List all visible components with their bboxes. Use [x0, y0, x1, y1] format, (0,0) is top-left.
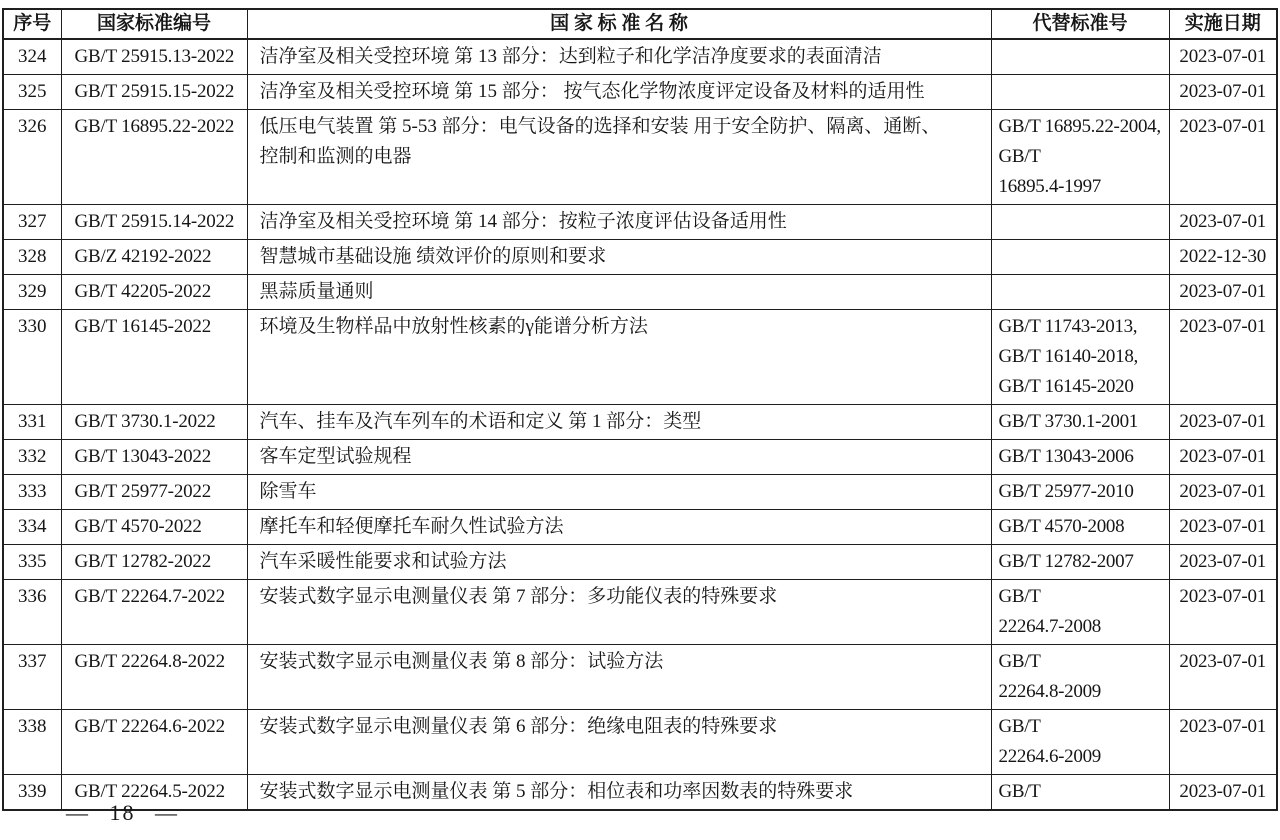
cell-code: GB/T 4570-2022: [61, 510, 247, 545]
substitute-line: GB/T: [999, 712, 1169, 742]
cell-name: 安装式数字显示电测量仪表 第 6 部分：绝缘电阻表的特殊要求: [247, 710, 991, 775]
table-row: 328 GB/Z 42192-2022 智慧城市基础设施 绩效评价的原则和要求 …: [3, 240, 1277, 275]
substitute-line: GB/T 16140-2018,: [999, 342, 1169, 372]
cell-substitute: GB/T22264.6-2009: [991, 710, 1169, 775]
cell-seq: 329: [3, 275, 61, 310]
cell-substitute: [991, 240, 1169, 275]
cell-name: 安装式数字显示电测量仪表 第 7 部分：多功能仪表的特殊要求: [247, 580, 991, 645]
cell-substitute: [991, 75, 1169, 110]
cell-code: GB/T 25915.13-2022: [61, 39, 247, 75]
substitute-line: GB/T 12782-2007: [999, 547, 1169, 577]
cell-date: 2023-07-01: [1169, 75, 1277, 110]
cell-date: 2023-07-01: [1169, 645, 1277, 710]
cell-name: 摩托车和轻便摩托车耐久性试验方法: [247, 510, 991, 545]
table-body: 324 GB/T 25915.13-2022 洁净室及相关受控环境 第 13 部…: [3, 39, 1277, 810]
substitute-line: GB/T: [999, 647, 1169, 677]
cell-name: 洁净室及相关受控环境 第 13 部分：达到粒子和化学洁净度要求的表面清洁: [247, 39, 991, 75]
cell-code: GB/T 16895.22-2022: [61, 110, 247, 205]
cell-name: 汽车采暖性能要求和试验方法: [247, 545, 991, 580]
cell-substitute: GB/T22264.8-2009: [991, 645, 1169, 710]
cell-name: 黑蒜质量通则: [247, 275, 991, 310]
substitute-line: 22264.7-2008: [999, 612, 1169, 642]
substitute-line: GB/T 4570-2008: [999, 512, 1169, 542]
cell-code: GB/T 22264.6-2022: [61, 710, 247, 775]
table-row: 325 GB/T 25915.15-2022 洁净室及相关受控环境 第 15 部…: [3, 75, 1277, 110]
cell-date: 2023-07-01: [1169, 310, 1277, 405]
table-row: 333 GB/T 25977-2022 除雪车 GB/T 25977-2010 …: [3, 475, 1277, 510]
cell-seq: 335: [3, 545, 61, 580]
cell-name: 低压电气装置 第 5-53 部分：电气设备的选择和安装 用于安全防护、隔离、通断…: [247, 110, 991, 205]
document-page: 序号 国家标准编号 国 家 标 准 名 称 代替标准号 实施日期 324 GB/…: [0, 0, 1280, 840]
col-header-substitute: 代替标准号: [991, 9, 1169, 39]
table-row: 331 GB/T 3730.1-2022 汽车、挂车及汽车列车的术语和定义 第 …: [3, 405, 1277, 440]
cell-date: 2023-07-01: [1169, 405, 1277, 440]
cell-date: 2023-07-01: [1169, 275, 1277, 310]
col-header-code: 国家标准编号: [61, 9, 247, 39]
substitute-line: 16895.4-1997: [999, 172, 1169, 202]
substitute-line: GB/T 16895.22-2004,: [999, 112, 1169, 142]
table-row: 338 GB/T 22264.6-2022 安装式数字显示电测量仪表 第 6 部…: [3, 710, 1277, 775]
standards-table: 序号 国家标准编号 国 家 标 准 名 称 代替标准号 实施日期 324 GB/…: [2, 8, 1278, 811]
substitute-line: GB/T 13043-2006: [999, 442, 1169, 472]
cell-name: 洁净室及相关受控环境 第 14 部分：按粒子浓度评估设备适用性: [247, 205, 991, 240]
cell-substitute: [991, 275, 1169, 310]
cell-date: 2023-07-01: [1169, 775, 1277, 811]
cell-substitute: GB/T 12782-2007: [991, 545, 1169, 580]
table-header: 序号 国家标准编号 国 家 标 准 名 称 代替标准号 实施日期: [3, 9, 1277, 39]
cell-code: GB/T 3730.1-2022: [61, 405, 247, 440]
cell-code: GB/T 22264.7-2022: [61, 580, 247, 645]
cell-name: 环境及生物样品中放射性核素的γ能谱分析方法: [247, 310, 991, 405]
cell-code: GB/T 13043-2022: [61, 440, 247, 475]
cell-date: 2023-07-01: [1169, 440, 1277, 475]
cell-seq: 330: [3, 310, 61, 405]
header-row: 序号 国家标准编号 国 家 标 准 名 称 代替标准号 实施日期: [3, 9, 1277, 39]
cell-seq: 332: [3, 440, 61, 475]
cell-substitute: GB/T 3730.1-2001: [991, 405, 1169, 440]
cell-code: GB/T 12782-2022: [61, 545, 247, 580]
substitute-line: GB/T 3730.1-2001: [999, 407, 1169, 437]
cell-name: 智慧城市基础设施 绩效评价的原则和要求: [247, 240, 991, 275]
cell-seq: 339: [3, 775, 61, 811]
cell-code: GB/T 25915.15-2022: [61, 75, 247, 110]
cell-date: 2022-12-30: [1169, 240, 1277, 275]
cell-substitute: GB/T: [991, 775, 1169, 811]
cell-seq: 333: [3, 475, 61, 510]
table-row: 330 GB/T 16145-2022 环境及生物样品中放射性核素的γ能谱分析方…: [3, 310, 1277, 405]
table-row: 336 GB/T 22264.7-2022 安装式数字显示电测量仪表 第 7 部…: [3, 580, 1277, 645]
cell-code: GB/T 22264.8-2022: [61, 645, 247, 710]
substitute-line: GB/T 11743-2013,: [999, 312, 1169, 342]
cell-substitute: [991, 205, 1169, 240]
cell-seq: 327: [3, 205, 61, 240]
cell-name: 除雪车: [247, 475, 991, 510]
cell-code: GB/T 42205-2022: [61, 275, 247, 310]
cell-seq: 325: [3, 75, 61, 110]
table-row: 337 GB/T 22264.8-2022 安装式数字显示电测量仪表 第 8 部…: [3, 645, 1277, 710]
cell-date: 2023-07-01: [1169, 39, 1277, 75]
cell-date: 2023-07-01: [1169, 580, 1277, 645]
col-header-name: 国 家 标 准 名 称: [247, 9, 991, 39]
cell-seq: 331: [3, 405, 61, 440]
substitute-line: GB/T: [999, 142, 1169, 172]
cell-substitute: [991, 39, 1169, 75]
cell-substitute: GB/T 13043-2006: [991, 440, 1169, 475]
col-header-seq: 序号: [3, 9, 61, 39]
cell-name: 安装式数字显示电测量仪表 第 8 部分：试验方法: [247, 645, 991, 710]
cell-code: GB/T 16145-2022: [61, 310, 247, 405]
table-row: 332 GB/T 13043-2022 客车定型试验规程 GB/T 13043-…: [3, 440, 1277, 475]
substitute-line: 22264.6-2009: [999, 742, 1169, 772]
cell-name: 客车定型试验规程: [247, 440, 991, 475]
substitute-line: GB/T 25977-2010: [999, 477, 1169, 507]
table-row: 335 GB/T 12782-2022 汽车采暖性能要求和试验方法 GB/T 1…: [3, 545, 1277, 580]
substitute-line: GB/T: [999, 582, 1169, 612]
cell-seq: 337: [3, 645, 61, 710]
substitute-line: GB/T: [999, 777, 1169, 807]
cell-name: 洁净室及相关受控环境 第 15 部分： 按气态化学物浓度评定设备及材料的适用性: [247, 75, 991, 110]
cell-name: 安装式数字显示电测量仪表 第 5 部分：相位表和功率因数表的特殊要求: [247, 775, 991, 811]
cell-substitute: GB/T 25977-2010: [991, 475, 1169, 510]
cell-code: GB/T 25977-2022: [61, 475, 247, 510]
cell-date: 2023-07-01: [1169, 545, 1277, 580]
table-row: 326 GB/T 16895.22-2022 低压电气装置 第 5-53 部分：…: [3, 110, 1277, 205]
table-row: 334 GB/T 4570-2022 摩托车和轻便摩托车耐久性试验方法 GB/T…: [3, 510, 1277, 545]
col-header-date: 实施日期: [1169, 9, 1277, 39]
cell-seq: 326: [3, 110, 61, 205]
table-row: 324 GB/T 25915.13-2022 洁净室及相关受控环境 第 13 部…: [3, 39, 1277, 75]
cell-date: 2023-07-01: [1169, 710, 1277, 775]
cell-substitute: GB/T 11743-2013,GB/T 16140-2018,GB/T 161…: [991, 310, 1169, 405]
cell-substitute: GB/T 16895.22-2004,GB/T16895.4-1997: [991, 110, 1169, 205]
table-row: 339 GB/T 22264.5-2022 安装式数字显示电测量仪表 第 5 部…: [3, 775, 1277, 811]
table-row: 327 GB/T 25915.14-2022 洁净室及相关受控环境 第 14 部…: [3, 205, 1277, 240]
cell-substitute: GB/T 4570-2008: [991, 510, 1169, 545]
page-number: — 18 —: [66, 800, 179, 826]
substitute-line: 22264.8-2009: [999, 677, 1169, 707]
cell-seq: 328: [3, 240, 61, 275]
cell-date: 2023-07-01: [1169, 110, 1277, 205]
cell-seq: 336: [3, 580, 61, 645]
cell-seq: 324: [3, 39, 61, 75]
cell-substitute: GB/T22264.7-2008: [991, 580, 1169, 645]
cell-seq: 338: [3, 710, 61, 775]
cell-code: GB/Z 42192-2022: [61, 240, 247, 275]
cell-name: 汽车、挂车及汽车列车的术语和定义 第 1 部分：类型: [247, 405, 991, 440]
cell-code: GB/T 25915.14-2022: [61, 205, 247, 240]
table-row: 329 GB/T 42205-2022 黑蒜质量通则 2023-07-01: [3, 275, 1277, 310]
substitute-line: GB/T 16145-2020: [999, 372, 1169, 402]
cell-date: 2023-07-01: [1169, 205, 1277, 240]
cell-date: 2023-07-01: [1169, 475, 1277, 510]
cell-date: 2023-07-01: [1169, 510, 1277, 545]
cell-seq: 334: [3, 510, 61, 545]
